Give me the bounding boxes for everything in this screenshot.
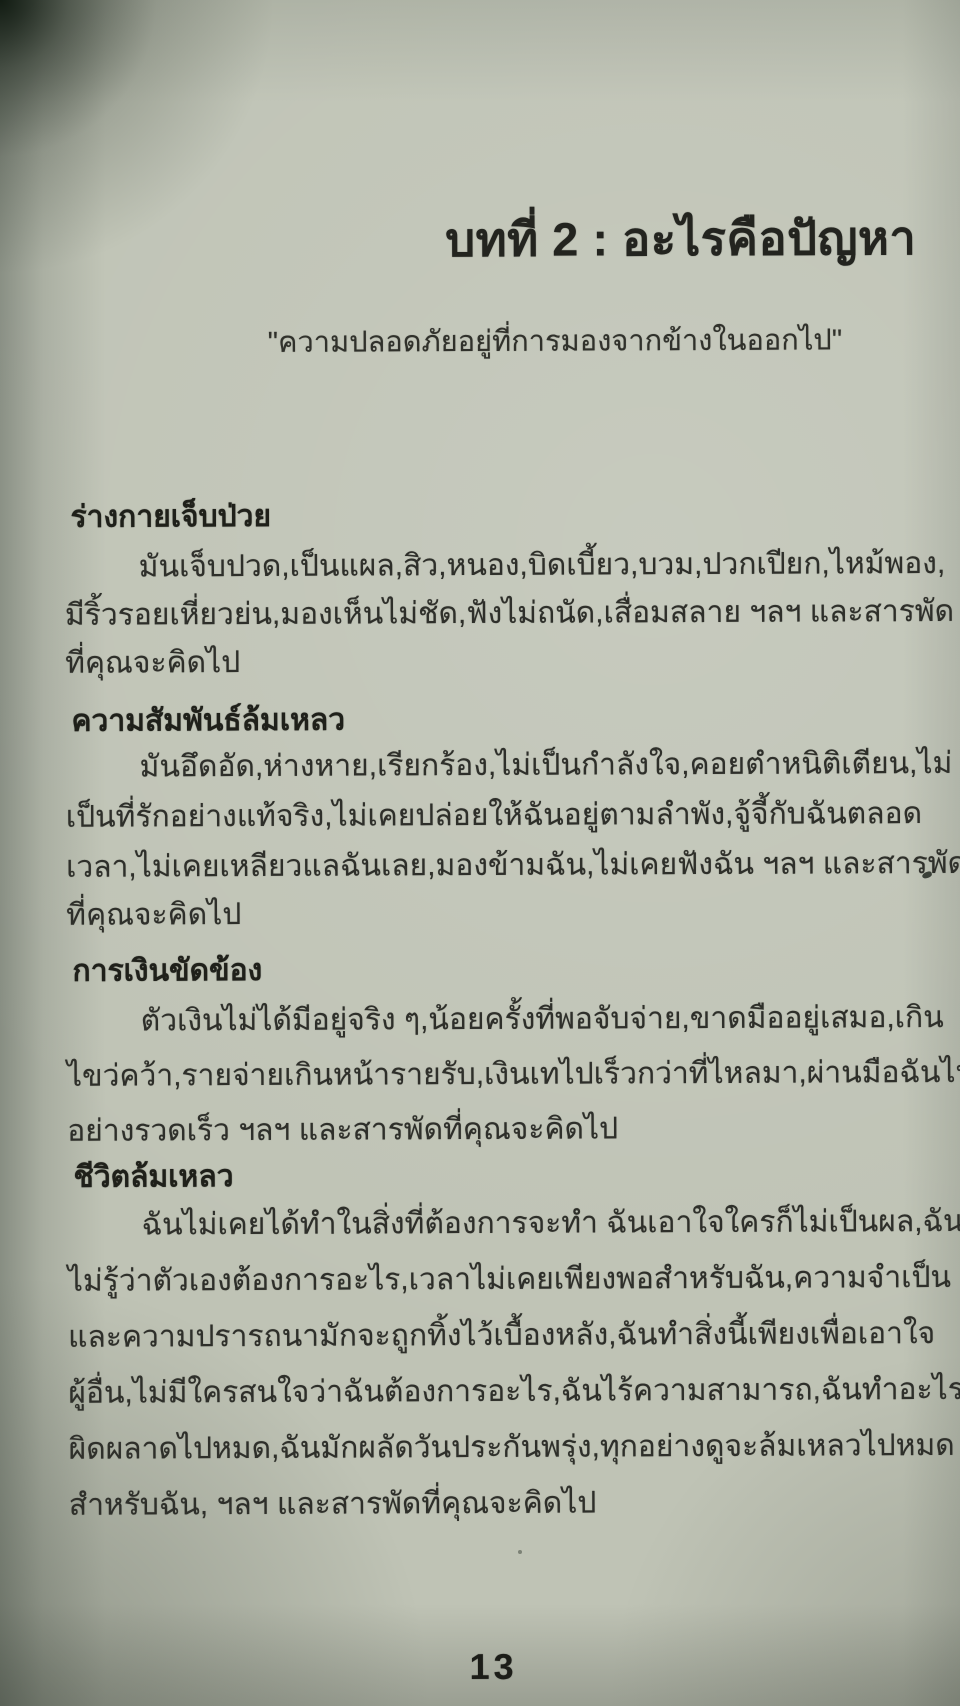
section-heading-failed-life: ชีวิตล้มเหลว: [73, 1153, 233, 1201]
book-page-photo: บทที่ 2 : อะไรคือปัญหา "ความปลอดภัยอยู่ท…: [0, 0, 960, 1706]
body-line: ที่คุณจะคิดไป: [65, 639, 240, 687]
body-line: มันเจ็บปวด,เป็นแผล,สิว,หนอง,บิดเบี้ยว,บว…: [139, 540, 946, 591]
section-heading-money-trouble: การเงินขัดข้อง: [72, 947, 262, 995]
body-line: ที่คุณจะคิดไป: [66, 891, 241, 939]
body-line: ไขว่คว้า,รายจ่ายเกินหน้ารายรับ,เงินเทไปเ…: [67, 1049, 960, 1100]
body-line: ผู้อื่น,ไม่มีใครสนใจว่าฉันต้องการอะไร,ฉั…: [68, 1366, 960, 1417]
body-line: มันอึดอัด,ห่างหาย,เรียกร้อง,ไม่เป็นกำลัง…: [140, 740, 953, 791]
body-line: อย่างรวดเร็ว ฯลฯ และสารพัดที่คุณจะคิดไป: [67, 1105, 618, 1154]
body-line: ฉันไม่เคยได้ทำในสิ่งที่ต้องการจะทำ ฉันเอ…: [142, 1198, 960, 1249]
page-content: บทที่ 2 : อะไรคือปัญหา "ความปลอดภัยอยู่ท…: [0, 0, 960, 1706]
body-line: เวลา,ไม่เคยเหลียวแลฉันเลย,มองข้ามฉัน,ไม่…: [66, 840, 960, 891]
dust-dot: [518, 1550, 522, 1554]
body-line: ไม่รู้ว่าตัวเองต้องการอะไร,เวลาไม่เคยเพี…: [68, 1254, 951, 1305]
page-number: 13: [3, 1644, 960, 1690]
epigraph-quote: "ความปลอดภัยอยู่ที่การมองจากข้างในออกไป": [268, 316, 843, 365]
section-heading-failed-relationships: ความสัมพันธ์ล้มเหลว: [71, 697, 345, 745]
body-line: ผิดผลาดไปหมด,ฉันมักผลัดวันประกันพรุ่ง,ทุ…: [68, 1422, 954, 1473]
body-line: สำหรับฉัน, ฯลฯ และสารพัดที่คุณจะคิดไป: [69, 1479, 597, 1528]
chapter-title: บทที่ 2 : อะไรคือปัญหา: [445, 200, 916, 277]
body-line: และความปรารถนามักจะถูกทิ้งไว้เบื้องหลัง,…: [68, 1310, 935, 1361]
section-heading-body-sickness: ร่างกายเจ็บป่วย: [70, 493, 271, 541]
body-line: ตัวเงินไม่ได้มีอยู่จริง ๆ,น้อยครั้งที่พอ…: [141, 994, 944, 1045]
body-line: มีริ้วรอยเหี่ยวย่น,มองเห็นไม่ชัด,ฟังไม่ถ…: [65, 588, 954, 639]
body-line: เป็นที่รักอย่างแท้จริง,ไม่เคยปล่อยให้ฉัน…: [66, 790, 922, 841]
